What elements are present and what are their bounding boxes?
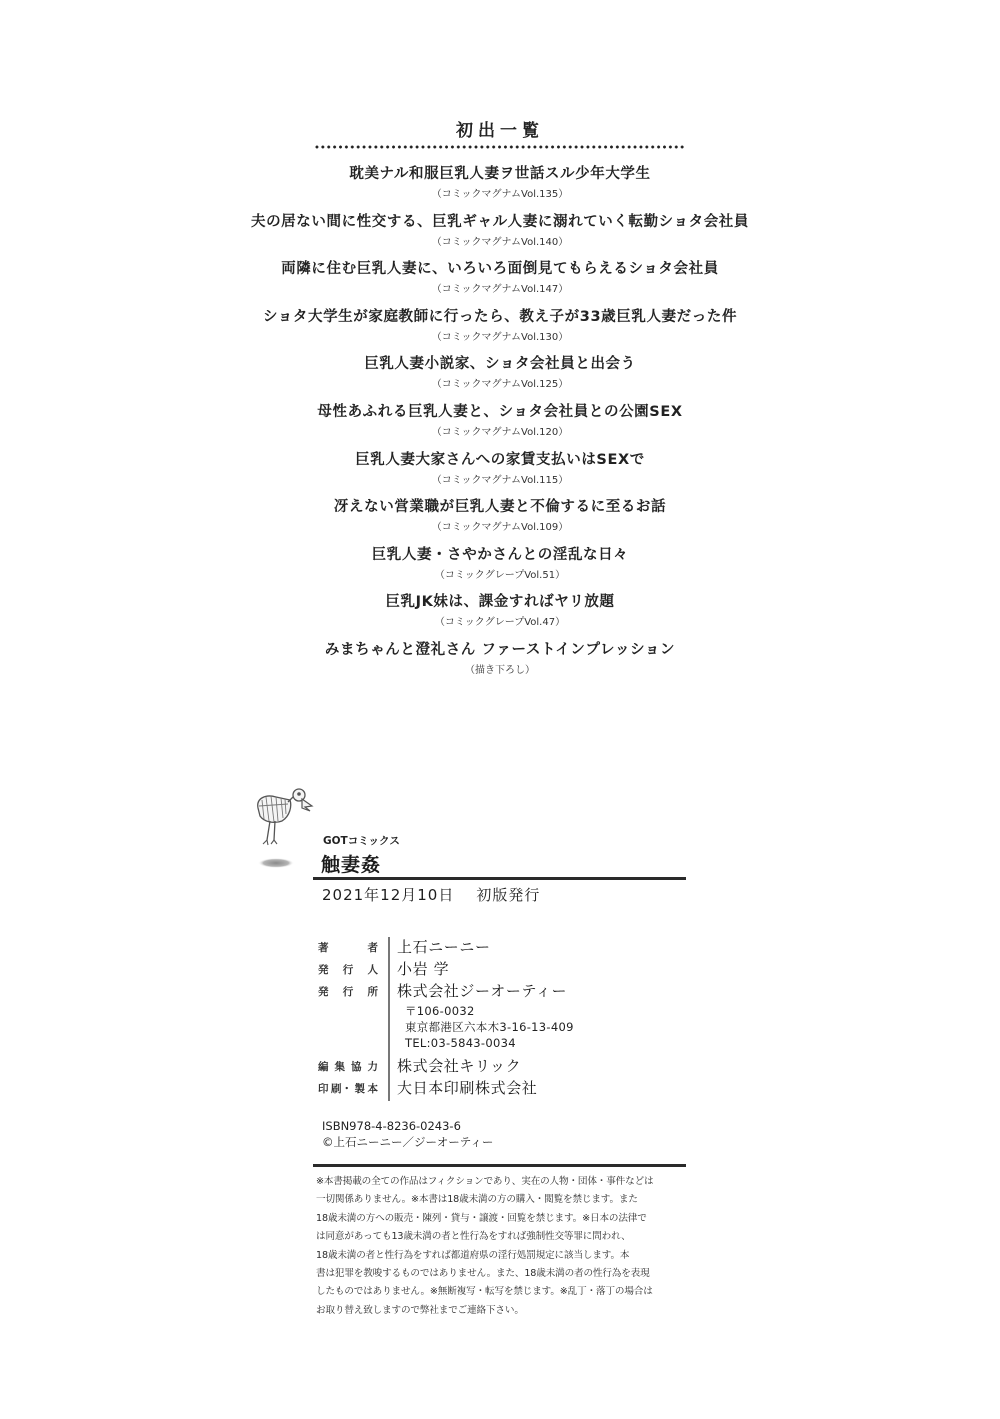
list-item: 巨乳人妻小説家、ショタ会社員と出会う （コミックマグナムVol.125）: [0, 354, 1000, 402]
work-title: みまちゃんと澄礼さん ファーストインプレッション: [0, 640, 1000, 660]
notice-line: 18歳未満の方への販売・陳列・貸与・譲渡・回覧を禁じます。※日本の法律で: [316, 1210, 688, 1228]
isbn-copyright: ISBN978-4-8236-0243-6 ©上石ニーニー／ジーオーティー: [322, 1118, 493, 1150]
credit-row-publisher: 発 行 所 株式会社ジーオーティー: [318, 980, 688, 1002]
publication-date: 2021年12月10日: [322, 886, 454, 904]
work-title: 母性あふれる巨乳人妻と、ショタ会社員との公園SEX: [0, 402, 1000, 422]
label-char: 発: [318, 984, 329, 999]
credit-row-printing: 印 刷・ 製 本 大日本印刷株式会社: [318, 1077, 688, 1099]
copyright: ©上石ニーニー／ジーオーティー: [322, 1134, 493, 1150]
list-item: 冴えない営業職が巨乳人妻と不倫するに至るお話 （コミックマグナムVol.109）: [0, 497, 1000, 545]
credit-value: 株式会社キリック: [397, 1055, 521, 1076]
notice-line: 18歳未満の者と性行為をすれば都道府県の淫行処罰規定に該当します。本: [316, 1247, 688, 1265]
list-item: 巨乳人妻・さやかさんとの淫乱な日々 （コミックグレープVol.51）: [0, 545, 1000, 593]
credit-label: 発 行 所: [318, 984, 378, 999]
work-source: （コミックマグナムVol.140）: [0, 236, 1000, 250]
imprint-label: GOTコミックス: [323, 833, 400, 848]
work-title: 冴えない営業職が巨乳人妻と不倫するに至るお話: [0, 497, 1000, 517]
work-title: 耽美ナル和服巨乳人妻ヲ世話スル少年大学生: [0, 164, 1000, 184]
work-title: ショタ大学生が家庭教師に行ったら、教え子が33歳巨乳人妻だった件: [0, 307, 1000, 327]
list-item: 巨乳JK妹は、課金すればヤリ放題 （コミックグレープVol.47）: [0, 592, 1000, 640]
list-item: 両隣に住む巨乳人妻に、いろいろ面倒見てもらえるショタ会社員 （コミックマグナムV…: [0, 259, 1000, 307]
notice-line: 一切関係ありません。※本書は18歳未満の方の購入・閲覧を禁じます。また: [316, 1191, 688, 1209]
work-source: （コミックマグナムVol.109）: [0, 521, 1000, 535]
works-list: 耽美ナル和服巨乳人妻ヲ世話スル少年大学生 （コミックマグナムVol.135） 夫…: [0, 164, 1000, 688]
label-char: 協: [351, 1059, 362, 1074]
label-char: 製: [355, 1081, 366, 1096]
notice-line: は同意があっても13歳未満の者と性行為をすれば強制性交等罪に問われ、: [316, 1228, 688, 1246]
credit-value: 上石ニーニー: [397, 936, 491, 957]
work-source: （コミックマグナムVol.115）: [0, 474, 1000, 488]
label-char: 発: [318, 962, 329, 977]
notice-line: ※本書掲載の全ての作品はフィクションであり、実在の人物・団体・事件などは: [316, 1173, 688, 1191]
label-char: 者: [368, 940, 379, 955]
label-char: 著: [318, 940, 329, 955]
colophon-rule-top: [313, 877, 686, 880]
label-char: 本: [368, 1081, 379, 1096]
label-char: 刷・: [331, 1081, 352, 1096]
work-source: （コミックグレープVol.47）: [0, 616, 1000, 630]
credit-label: 印 刷・ 製 本: [318, 1081, 378, 1096]
label-char: 人: [368, 962, 379, 977]
credit-row-editorial: 編 集 協 力 株式会社キリック: [318, 1055, 688, 1077]
publisher-address: 〒106-0032 東京都港区六本木3-16-13-409 TEL:03-584…: [405, 1002, 688, 1055]
label-char: 印: [318, 1081, 329, 1096]
list-item: 母性あふれる巨乳人妻と、ショタ会社員との公園SEX （コミックマグナムVol.1…: [0, 402, 1000, 450]
bird-mascot-icon: [252, 788, 322, 878]
credit-label: 著 者: [318, 940, 378, 955]
credit-label: 発 行 人: [318, 962, 378, 977]
street-address: 東京都港区六本木3-16-13-409: [405, 1019, 688, 1035]
list-item: 耽美ナル和服巨乳人妻ヲ世話スル少年大学生 （コミックマグナムVol.135）: [0, 164, 1000, 212]
credit-value: 株式会社ジーオーティー: [397, 980, 567, 1001]
work-title: 巨乳人妻小説家、ショタ会社員と出会う: [0, 354, 1000, 374]
edition-line: 2021年12月10日初版発行: [322, 884, 540, 905]
label-char: 行: [343, 984, 354, 999]
list-item: ショタ大学生が家庭教師に行ったら、教え子が33歳巨乳人妻だった件 （コミックマグ…: [0, 307, 1000, 355]
label-char: 編: [318, 1059, 329, 1074]
work-title: 両隣に住む巨乳人妻に、いろいろ面倒見てもらえるショタ会社員: [0, 259, 1000, 279]
legal-notice: ※本書掲載の全ての作品はフィクションであり、実在の人物・団体・事件などは 一切関…: [316, 1173, 688, 1320]
credit-value: 大日本印刷株式会社: [397, 1077, 537, 1098]
notice-line: 書は犯罪を教唆するものではありません。また、18歳未満の者の性行為を表現: [316, 1265, 688, 1283]
work-source: （コミックマグナムVol.147）: [0, 283, 1000, 297]
dotted-divider: [314, 145, 684, 149]
notice-line: お取り替え致しますので弊社までご連絡下さい。: [316, 1302, 688, 1320]
work-source: （コミックグレープVol.51）: [0, 569, 1000, 583]
credit-value: 小岩 学: [397, 958, 449, 979]
work-source: （コミックマグナムVol.120）: [0, 426, 1000, 440]
label-char: 力: [368, 1059, 379, 1074]
work-title: 巨乳JK妹は、課金すればヤリ放題: [0, 592, 1000, 612]
work-source: （コミックマグナムVol.130）: [0, 331, 1000, 345]
label-char: 集: [335, 1059, 346, 1074]
first-appearance-title: 初出一覧: [0, 116, 1000, 141]
colophon-rule-bottom: [313, 1164, 686, 1167]
book-title: 触妻姦: [321, 850, 381, 877]
work-source: （描き下ろし）: [0, 664, 1000, 678]
isbn: ISBN978-4-8236-0243-6: [322, 1118, 493, 1134]
credit-row-publisher-person: 発 行 人 小岩 学: [318, 958, 688, 980]
work-source: （コミックマグナムVol.125）: [0, 378, 1000, 392]
list-item: 夫の居ない間に性交する、巨乳ギャル人妻に溺れていく転勤ショタ会社員 （コミックマ…: [0, 212, 1000, 260]
work-title: 夫の居ない間に性交する、巨乳ギャル人妻に溺れていく転勤ショタ会社員: [0, 212, 1000, 232]
list-item: 巨乳人妻大家さんへの家賃支払いはSEXで （コミックマグナムVol.115）: [0, 450, 1000, 498]
postal-code: 〒106-0032: [405, 1003, 688, 1019]
label-char: 所: [368, 984, 379, 999]
credits-table: 著 者 上石ニーニー 発 行 人 小岩 学 発 行 所 株式会社ジーオーティー …: [318, 936, 688, 1099]
list-item: みまちゃんと澄礼さん ファーストインプレッション （描き下ろし）: [0, 640, 1000, 688]
telephone: TEL:03-5843-0034: [405, 1035, 688, 1051]
credit-label: 編 集 協 力: [318, 1059, 378, 1074]
edition-note: 初版発行: [476, 886, 540, 904]
label-char: 行: [343, 962, 354, 977]
work-title: 巨乳人妻大家さんへの家賃支払いはSEXで: [0, 450, 1000, 470]
credit-row-author: 著 者 上石ニーニー: [318, 936, 688, 958]
notice-line: したものではありません。※無断複写・転写を禁じます。※乱丁・落丁の場合は: [316, 1283, 688, 1301]
work-source: （コミックマグナムVol.135）: [0, 188, 1000, 202]
work-title: 巨乳人妻・さやかさんとの淫乱な日々: [0, 545, 1000, 565]
